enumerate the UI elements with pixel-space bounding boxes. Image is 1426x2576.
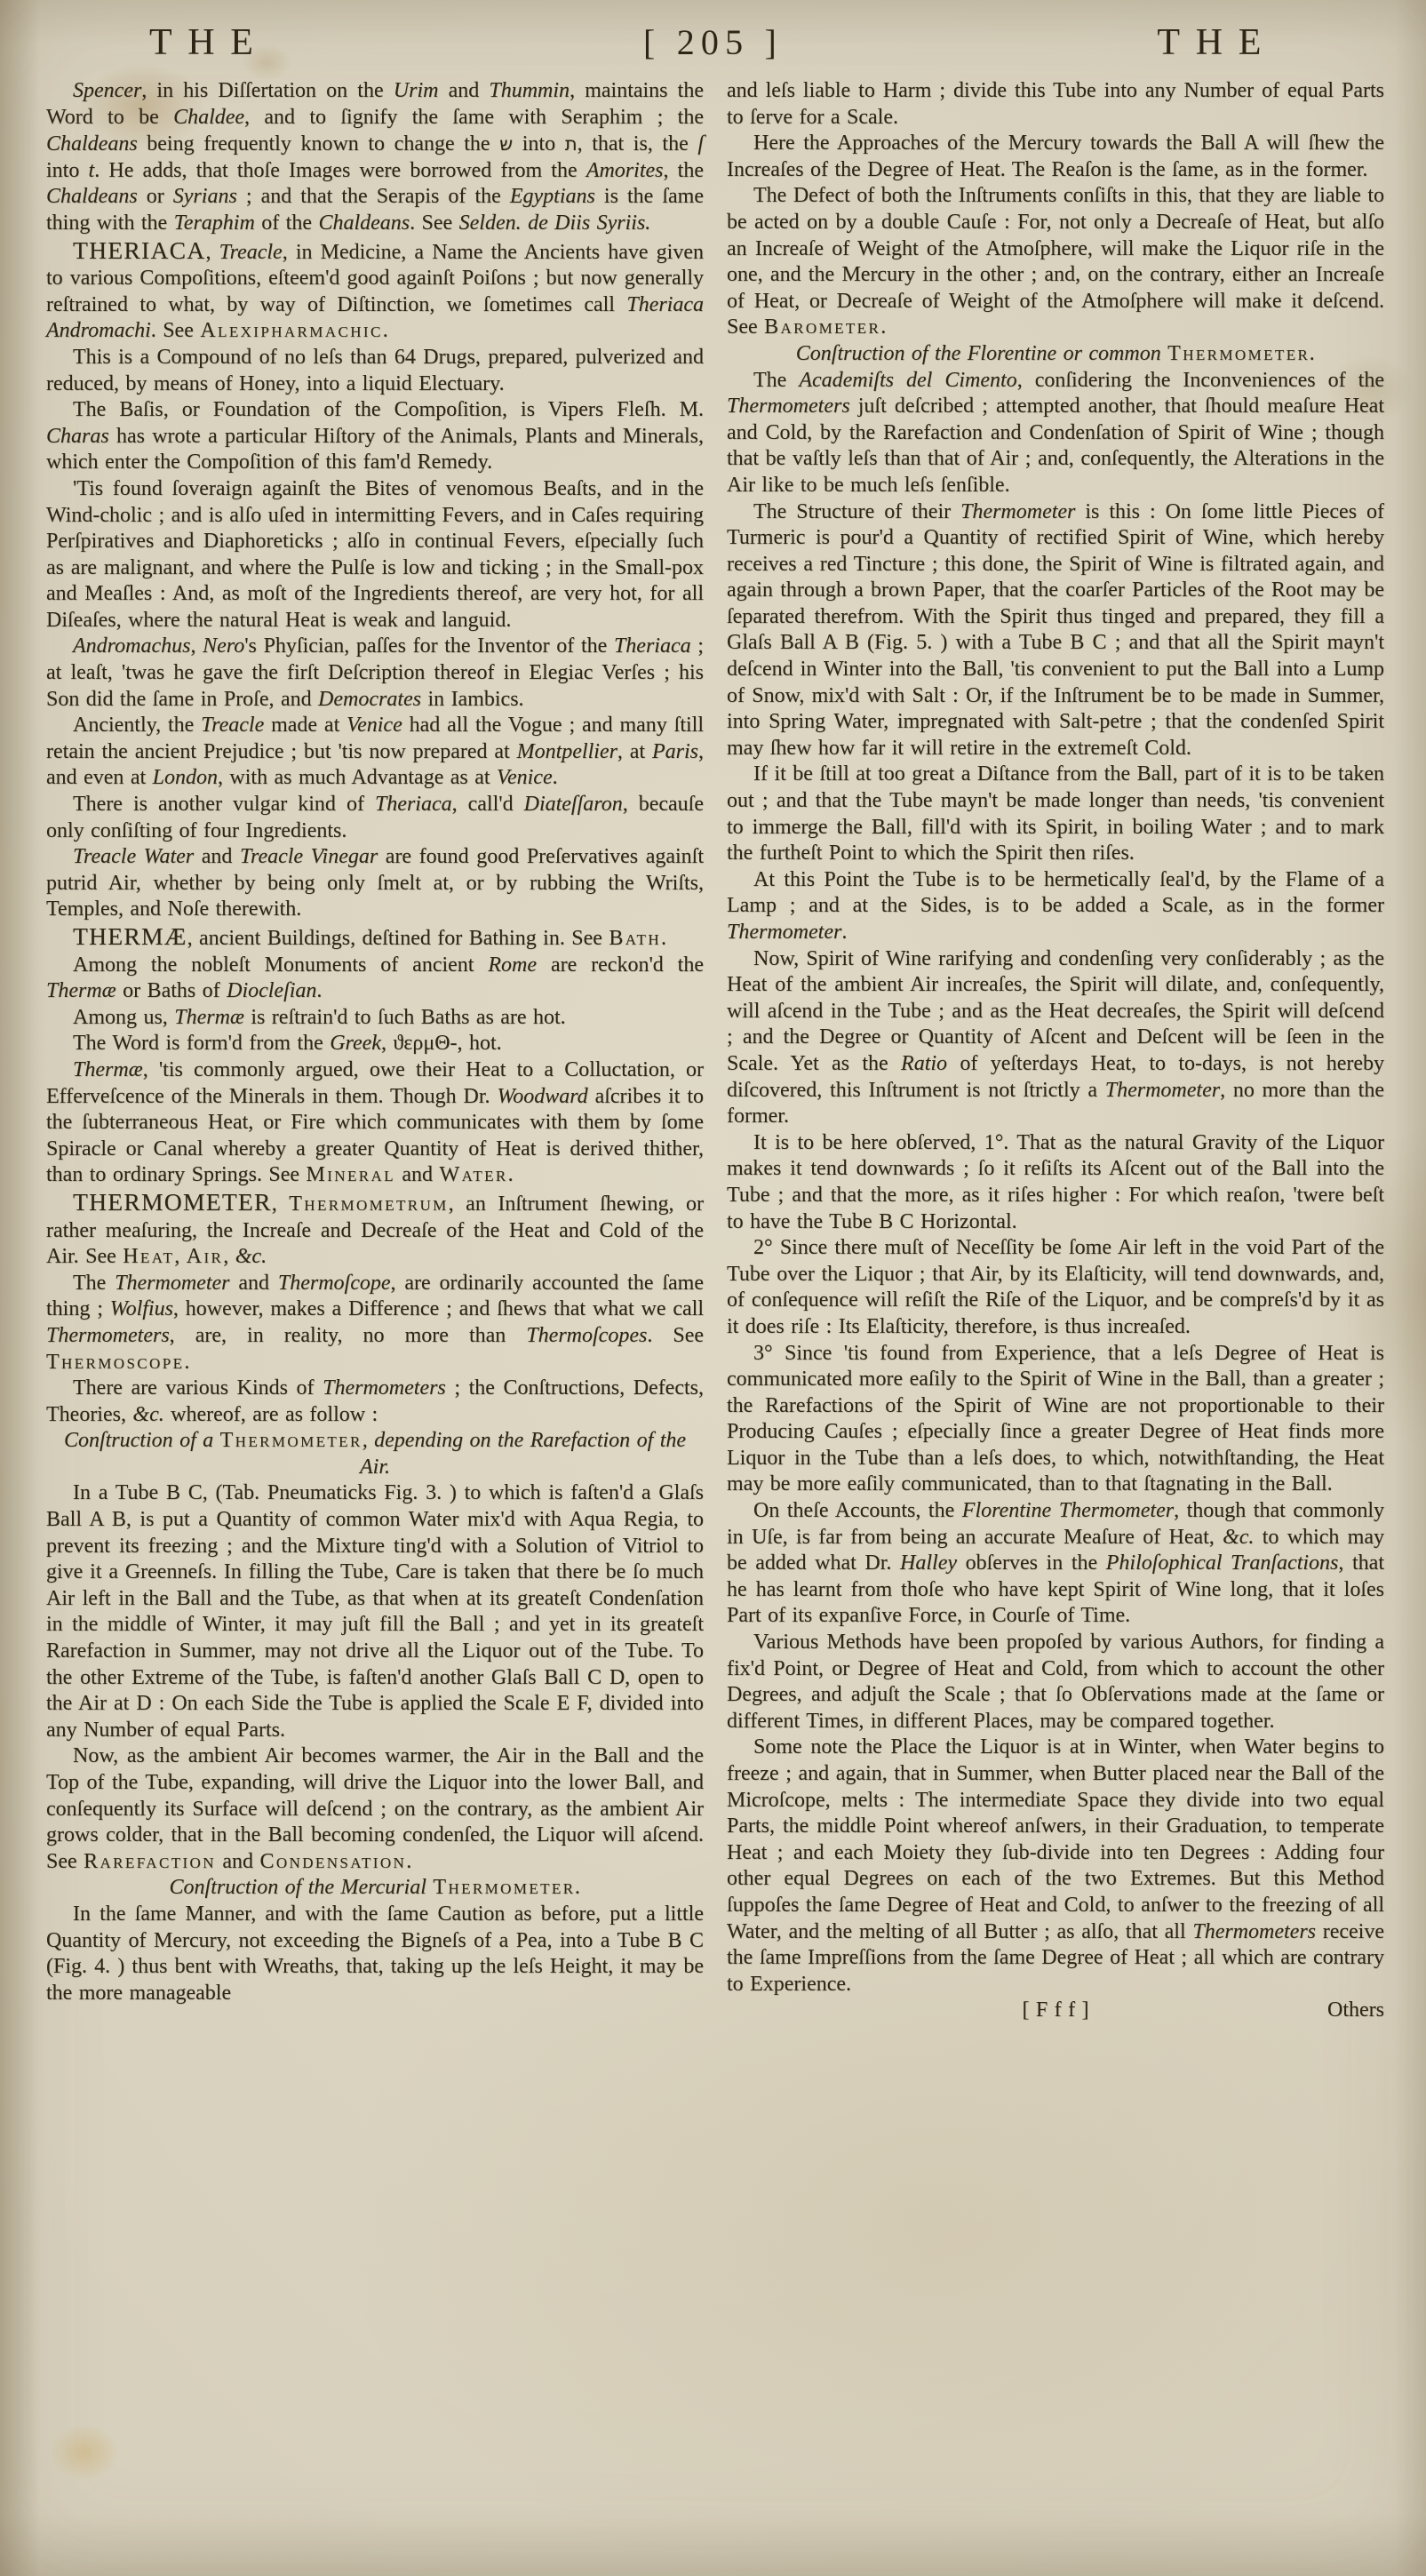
- text-run: and: [438, 79, 489, 102]
- text-run: . See: [151, 319, 201, 342]
- italic-text: Conſtruction of a: [64, 1429, 220, 1452]
- text-run: , that is, the: [578, 132, 698, 156]
- italic-text: Diateſſaron: [524, 793, 623, 816]
- italic-text: Thermometers: [323, 1376, 446, 1400]
- paragraph: THERIACA, Treacle, in Medicine, a Name t…: [46, 237, 704, 345]
- text-run: Various Methods have been propoſed by va…: [727, 1631, 1384, 1733]
- paragraph: THERMÆ, ancient Buildings, deſtined for …: [46, 923, 704, 953]
- italic-text: Venice: [497, 766, 553, 789]
- text-run: are reckon'd the: [537, 953, 704, 977]
- text-run: into: [46, 159, 89, 182]
- italic-text: Thermoſcope: [278, 1272, 391, 1295]
- text-run: 's Phyſician, paſſes for the Inventor of…: [244, 634, 614, 658]
- text-run: made at: [264, 714, 347, 737]
- italic-text: Conſtruction of the Florentine or common: [796, 342, 1167, 365]
- text-run: is this : On ſome little Pieces of Turme…: [727, 500, 1384, 760]
- text-run: and: [395, 1163, 440, 1186]
- paragraph: Among the nobleſt Monuments of ancient R…: [46, 953, 704, 1005]
- paragraph: Spencer, in his Diſſertation on the Urim…: [46, 78, 704, 237]
- running-header: THE [ 205 ] THE: [0, 0, 1426, 64]
- small-caps-reference: Thermoscope: [46, 1351, 184, 1374]
- italic-text: &c.: [235, 1245, 267, 1268]
- italic-text: Wolfius: [110, 1297, 173, 1320]
- text-run: has wrote a particular Hiſtory of the An…: [46, 425, 704, 475]
- italic-text: Treacle Vinegar: [240, 845, 378, 868]
- italic-text: Teraphim: [174, 211, 255, 235]
- paragraph: 'Tis found ſoveraign againſt the Bites o…: [46, 476, 704, 634]
- small-caps-reference: Rarefaction: [84, 1850, 216, 1873]
- italic-text: Thermometers: [1192, 1920, 1316, 1943]
- italic-text: Thermæ: [46, 979, 116, 1002]
- text-run: .: [1310, 342, 1315, 365]
- italic-text: Amorites: [586, 159, 664, 182]
- paragraph: The Word is form'd from the Greek, ϑερμΘ…: [46, 1031, 704, 1057]
- text-run: is reſtrain'd to ſuch Baths as are hot.: [244, 1006, 566, 1029]
- paragraph: Treacle Water and Treacle Vinegar are fo…: [46, 844, 704, 923]
- small-caps-reference: Thermometer: [1167, 342, 1310, 365]
- italic-text: Treacle: [201, 714, 264, 737]
- text-run: , conſidering the Inconveniences of the: [1017, 369, 1384, 392]
- italic-text: Theriaca: [614, 634, 691, 658]
- paragraph: Here the Approaches of the Mercury towar…: [727, 131, 1384, 183]
- text-run: The Word is form'd from the: [73, 1032, 330, 1055]
- small-caps-reference: Barometer: [764, 315, 880, 339]
- italic-text: Thermometer: [727, 921, 841, 944]
- text-run: or: [138, 185, 173, 208]
- italic-text: ſ: [697, 132, 704, 156]
- text-run: , with as much Advantage as at: [218, 766, 497, 789]
- italic-text: Thermometer: [115, 1272, 229, 1295]
- italic-text: Spencer: [73, 79, 141, 102]
- paragraph: 3° Since 'tis found from Experience, tha…: [727, 1341, 1384, 1499]
- text-run: being frequently known to change the: [138, 132, 500, 156]
- italic-text: Theriaca: [375, 793, 452, 816]
- text-run: .: [406, 1850, 411, 1873]
- text-run: obſerves in the: [957, 1551, 1106, 1575]
- entry-headword: THERIACA: [73, 236, 205, 264]
- italic-text: Paris: [652, 740, 698, 763]
- page-number: [ 205 ]: [643, 21, 783, 63]
- text-run: , are, in reality, no more than: [170, 1324, 527, 1347]
- italic-text: Academiſts del Cimento: [799, 369, 1016, 392]
- text-run: . See: [647, 1324, 704, 1347]
- italic-text: Syrians: [173, 185, 237, 208]
- italic-text: Treacle: [219, 241, 283, 264]
- text-run: , call'd: [452, 793, 524, 816]
- italic-text: Thermometer: [1105, 1079, 1220, 1102]
- text-run: 'Tis found ſoveraign againſt the Bites o…: [46, 477, 704, 632]
- paragraph: This is a Compound of no leſs than 64 Dr…: [46, 345, 704, 397]
- text-run: , at: [617, 740, 652, 763]
- italic-text: ,: [362, 1429, 374, 1452]
- italic-text: &c.: [1223, 1526, 1254, 1549]
- italic-text: Venice: [347, 714, 402, 737]
- text-run: .: [383, 319, 388, 342]
- text-run: ,: [272, 1192, 290, 1216]
- text-run: , in his Diſſertation on the: [141, 79, 393, 102]
- entry-headword: THERMÆ: [73, 922, 187, 950]
- italic-text: Charas: [46, 425, 109, 448]
- paragraph: The Structure of their Thermometer is th…: [727, 499, 1384, 762]
- text-run: . See: [410, 211, 459, 235]
- italic-text: Chaldeans: [318, 211, 410, 235]
- text-run: There is another vulgar kind of: [73, 793, 375, 816]
- small-caps-reference: Mineral: [307, 1163, 395, 1186]
- text-run: Among us,: [73, 1006, 174, 1029]
- text-run: , however, makes a Difference ; and ſhew…: [173, 1297, 704, 1320]
- italic-text: Thermæ: [73, 1058, 143, 1081]
- paragraph: It is to be here obſerved, 1°. That as t…: [727, 1130, 1384, 1235]
- signature-mark: [ F f f ]: [1022, 1998, 1088, 2022]
- hebrew-letter: ת: [565, 132, 578, 155]
- text-run: 3° Since 'tis found from Experience, tha…: [727, 1342, 1384, 1496]
- paragraph: Various Methods have been propoſed by va…: [727, 1630, 1384, 1735]
- small-caps-reference: Thermometer: [220, 1429, 362, 1452]
- text-run: Here the Approaches of the Mercury towar…: [727, 132, 1384, 181]
- paragraph: Now, as the ambient Air becomes warmer, …: [46, 1743, 704, 1875]
- text-run: ,: [190, 634, 203, 658]
- small-caps-reference: Air: [187, 1245, 224, 1268]
- right-column: and leſs liable to Harm ; divide this Tu…: [727, 78, 1384, 2024]
- italic-text: Philoſophical Tranſactions: [1106, 1551, 1339, 1575]
- section-heading: Conſtruction of the Florentine or common…: [727, 341, 1384, 368]
- paragraph: 2° Since there muſt of Neceſſity be ſome…: [727, 1235, 1384, 1340]
- italic-text: London: [153, 766, 218, 789]
- section-heading: Conſtruction of a Thermometer, depending…: [46, 1428, 704, 1480]
- text-run: ,: [174, 1245, 186, 1268]
- text-run: ; and that the Serapis of the: [237, 185, 510, 208]
- text-run: In the ſame Manner, and with the ſame Ca…: [46, 1902, 704, 2005]
- text-run: ,: [223, 1245, 235, 1268]
- italic-text: Thermoſcopes: [526, 1324, 647, 1347]
- left-column: Spencer, in his Diſſertation on the Urim…: [46, 78, 704, 2024]
- italic-text: Rome: [488, 953, 537, 977]
- small-caps-reference: Bath: [609, 927, 661, 950]
- text-run: The Baſis, or Foundation of the Compoſit…: [73, 398, 704, 421]
- book-page: THE [ 205 ] THE Spencer, in his Diſſerta…: [0, 0, 1426, 2576]
- italic-text: Montpellier: [517, 740, 617, 763]
- paragraph: In the ſame Manner, and with the ſame Ca…: [46, 1902, 704, 2006]
- paragraph: Now, Spirit of Wine rarifying and conden…: [727, 946, 1384, 1130]
- hebrew-letter: ש: [499, 132, 513, 155]
- italic-text: Nero: [203, 634, 244, 658]
- italic-text: Urim: [394, 79, 439, 102]
- text-run: The: [73, 1272, 115, 1295]
- paragraph: There are various Kinds of Thermometers …: [46, 1376, 704, 1428]
- text-run: There are various Kinds of: [73, 1376, 323, 1400]
- small-caps-reference: Thermometrum: [289, 1192, 448, 1216]
- text-run: . He adds, that thoſe Images were borrow…: [94, 159, 586, 182]
- text-run: Some note the Place the Liquor is at in …: [727, 1735, 1384, 1942]
- text-run: or Baths of: [116, 979, 227, 1002]
- paragraph: If it be ſtill at too great a Diſtance f…: [727, 762, 1384, 866]
- small-caps-reference: Heat: [123, 1245, 174, 1268]
- text-run: Among the nobleſt Monuments of ancient: [73, 953, 488, 977]
- text-run: .: [184, 1351, 189, 1374]
- italic-text: Diocleſian: [227, 979, 316, 1002]
- paragraph: At this Point the Tube is to be hermetic…: [727, 867, 1384, 946]
- italic-text: Greek: [330, 1032, 381, 1055]
- running-title-left: THE: [149, 21, 269, 64]
- paragraph: In a Tube B C, (Tab. Pneumaticks Fig. 3.…: [46, 1480, 704, 1743]
- text-run: The Structure of their: [753, 500, 960, 523]
- small-caps-reference: Condensation: [259, 1850, 406, 1873]
- paragraph: THERMOMETER, Thermometrum, an Inſtrument…: [46, 1189, 704, 1271]
- text-run: It is to be here obſerved, 1°. That as t…: [727, 1131, 1384, 1233]
- paragraph: The Baſis, or Foundation of the Compoſit…: [46, 397, 704, 476]
- text-run: On theſe Accounts, the: [753, 1499, 962, 1522]
- italic-text: Treacle Water: [73, 845, 194, 868]
- text-run: into: [513, 132, 565, 156]
- signature-line: [ F f f ]Others: [727, 1998, 1384, 2024]
- small-caps-reference: Alexipharmachic: [200, 319, 382, 342]
- text-run: .: [508, 1163, 514, 1186]
- text-run: , and to ſignify the ſame with Seraphim …: [244, 106, 704, 129]
- italic-text: Woodward: [497, 1085, 587, 1108]
- text-columns: Spencer, in his Diſſertation on the Urim…: [0, 64, 1426, 2024]
- text-run: , ancient Buildings, deſtined for Bathin…: [187, 927, 609, 950]
- small-caps-reference: Water: [440, 1163, 508, 1186]
- italic-text: Thermometers: [46, 1324, 170, 1347]
- text-run: At this Point the Tube is to be hermetic…: [727, 868, 1384, 918]
- catchword: Others: [1327, 1998, 1384, 2024]
- text-run: .: [880, 315, 886, 339]
- paragraph: and leſs liable to Harm ; divide this Tu…: [727, 78, 1384, 131]
- text-run: The: [753, 369, 799, 392]
- small-caps-reference: Thermometer: [433, 1876, 575, 1899]
- italic-text: Thummin: [489, 79, 570, 102]
- italic-text: Thermometers: [727, 395, 850, 418]
- italic-text: Thermometer: [960, 500, 1075, 523]
- text-run: .: [316, 979, 322, 1002]
- text-run: and: [216, 1850, 260, 1873]
- italic-text: Chaldee: [173, 106, 244, 129]
- text-run: .: [841, 921, 847, 944]
- italic-text: Halley: [900, 1551, 957, 1575]
- text-run: in Iambics.: [421, 688, 524, 711]
- paragraph: The Academiſts del Cimento, conſidering …: [727, 368, 1384, 499]
- text-run: and leſs liable to Harm ; divide this Tu…: [727, 79, 1384, 129]
- italic-text: Egyptians: [510, 185, 595, 208]
- paragraph: The Defect of both the Inſtruments conſi…: [727, 183, 1384, 341]
- paragraph: Andromachus, Nero's Phyſician, paſſes fo…: [46, 634, 704, 713]
- text-run: of the: [255, 211, 319, 235]
- italic-text: Chaldeans: [46, 132, 138, 156]
- italic-text: Ratio: [901, 1052, 947, 1075]
- italic-text: Conſtruction of the Mercurial: [170, 1876, 434, 1899]
- paragraph: The Thermometer and Thermoſcope, are ord…: [46, 1271, 704, 1376]
- text-run: whereof, are as follow :: [164, 1403, 378, 1426]
- italic-text: &c.: [132, 1403, 163, 1426]
- italic-text: Democrates: [318, 688, 421, 711]
- text-run: If it be ſtill at too great a Diſtance f…: [727, 762, 1384, 865]
- section-heading: Conſtruction of the Mercurial Thermomete…: [46, 1875, 704, 1902]
- text-run: .: [553, 766, 558, 789]
- text-run: Anciently, the: [73, 714, 201, 737]
- italic-text: Florentine Thermometer: [962, 1499, 1174, 1522]
- italic-text: Selden. de Diis Syriis.: [459, 211, 651, 235]
- text-run: In a Tube B C, (Tab. Pneumaticks Fig. 3.…: [46, 1481, 704, 1741]
- text-run: and: [230, 1272, 278, 1295]
- paragraph: Among us, Thermæ is reſtrain'd to ſuch B…: [46, 1005, 704, 1032]
- paragraph: Some note the Place the Liquor is at in …: [727, 1735, 1384, 1998]
- text-run: .: [661, 927, 666, 950]
- text-run: 2° Since there muſt of Neceſſity be ſome…: [727, 1236, 1384, 1338]
- entry-headword: THERMOMETER: [73, 1188, 272, 1216]
- text-run: This is a Compound of no leſs than 64 Dr…: [46, 346, 704, 395]
- text-run: and: [194, 845, 240, 868]
- paragraph: Thermæ, 'tis commonly argued, owe their …: [46, 1057, 704, 1189]
- italic-text: depending on the Rarefaction of the Air.: [360, 1429, 686, 1479]
- italic-text: Andromachus: [73, 634, 190, 658]
- paragraph: On theſe Accounts, the Florentine Thermo…: [727, 1498, 1384, 1630]
- text-run: .: [575, 1876, 580, 1899]
- italic-text: Thermæ: [174, 1006, 244, 1029]
- text-run: , ϑερμΘ-, hot.: [381, 1032, 502, 1055]
- text-run: , the: [663, 159, 704, 182]
- text-run: ,: [205, 241, 219, 264]
- italic-text: Chaldeans: [46, 185, 138, 208]
- paragraph: There is another vulgar kind of Theriaca…: [46, 792, 704, 844]
- running-title-right: THE: [1157, 21, 1277, 64]
- paragraph: Anciently, the Treacle made at Venice ha…: [46, 713, 704, 792]
